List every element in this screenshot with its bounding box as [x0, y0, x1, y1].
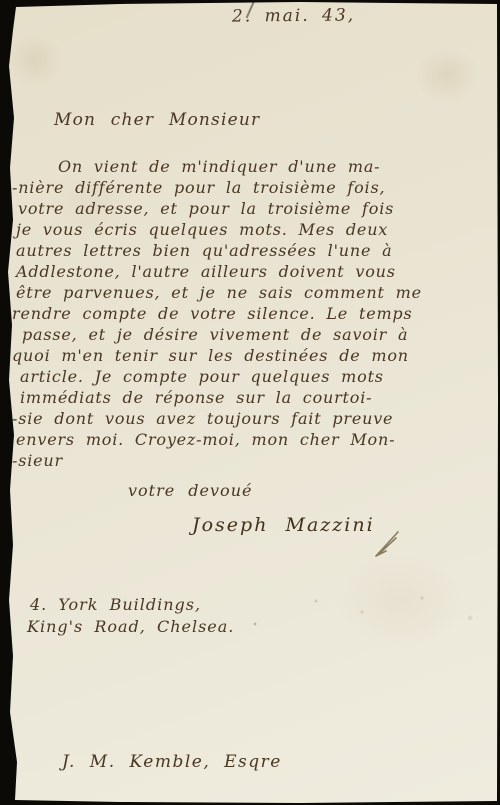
letter-salutation: Mon cher Monsieur [54, 110, 260, 130]
body-line: immédiats de réponse sur la courtoi- [20, 388, 372, 407]
body-line: passe, et je désire vivement de savoir à [22, 325, 408, 344]
letter-signature: Joseph Mazzini [192, 514, 375, 536]
body-line: On vient de m'indiquer d'une ma- [58, 157, 380, 176]
letter-addressee: J. M. Kemble, Esqre [62, 752, 282, 772]
body-line: rendre compte de votre silence. Le temps [12, 304, 412, 323]
scan-background: 2. mai. 43, Mon cher Monsieur On vient d… [0, 0, 500, 805]
body-line: -nière différente pour la troisième fois… [12, 178, 385, 197]
address-line: King's Road, Chelsea. [27, 617, 234, 636]
letter-date: 2. mai. 43, [232, 5, 355, 26]
body-line: article. Je compte pour quelques mots [20, 367, 384, 386]
body-line: être parvenues, et je ne sais comment me [16, 283, 422, 302]
body-line: je vous écris quelques mots. Mes deux [16, 220, 388, 239]
body-line: -sie dont vous avez toujours fait preuve [12, 409, 393, 428]
body-line: quoi m'en tenir sur les destinées de mon [12, 346, 409, 365]
letter-paper: 2. mai. 43, Mon cher Monsieur On vient d… [0, 0, 500, 805]
body-line: -sieur [12, 451, 63, 470]
body-line: votre adresse, et pour la troisième fois [18, 199, 394, 218]
address-line: 4. York Buildings, [30, 595, 201, 614]
body-line: autres lettres bien qu'adressées l'une à [16, 241, 392, 260]
letter-closing: votre devoué [128, 481, 252, 500]
body-line: Addlestone, l'autre ailleurs doivent vou… [16, 262, 396, 281]
body-line: envers moi. Croyez-moi, mon cher Mon- [16, 430, 395, 449]
pencil-annotation-icon [374, 528, 404, 560]
